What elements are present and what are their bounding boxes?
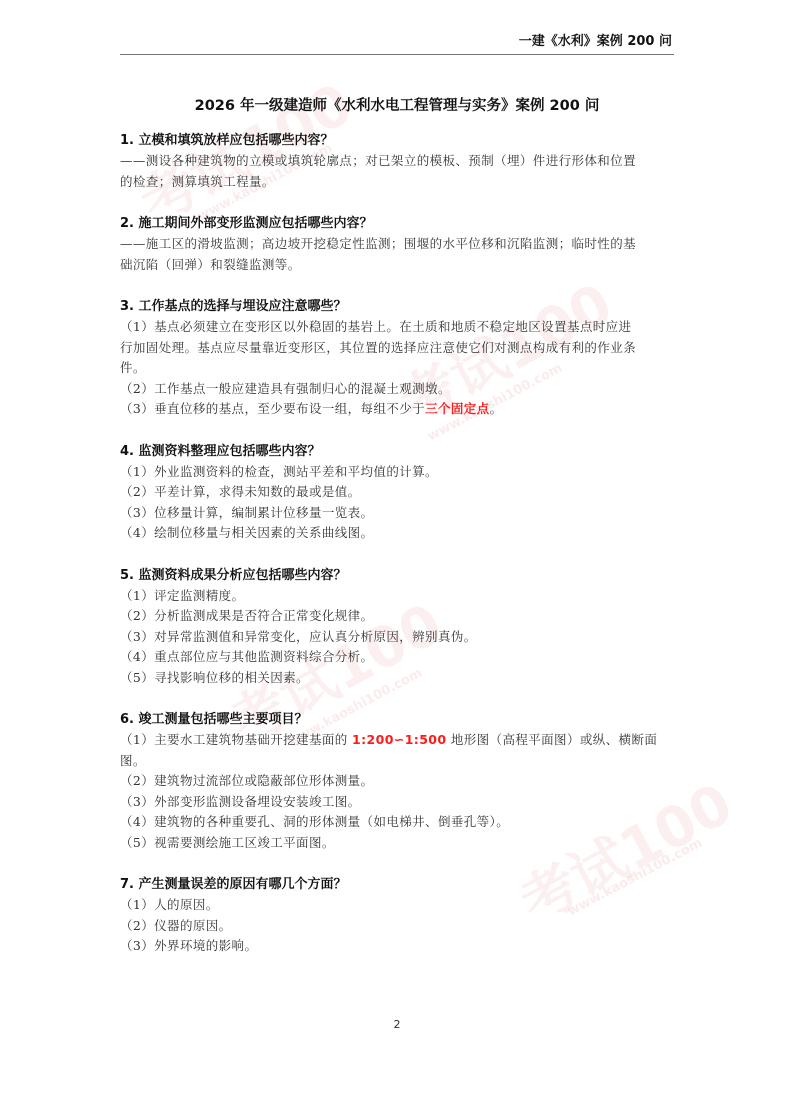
answer-line: 行加固处理。基点应尽量靠近变形区，其位置的选择应注意使它们对测点构成有利的作业条 <box>120 338 676 359</box>
question-title: 1. 立模和填筑放样应包括哪些内容？ <box>120 131 676 151</box>
answer-line: 的检查；测算填筑工程量。 <box>120 172 676 193</box>
answer-line: （1）基点必须建立在变形区以外稳固的基岩上。在土质和地质不稳定地区设置基点时应进 <box>120 317 676 338</box>
question-6: 6. 竣工测量包括哪些主要项目？ （1）主要水工建筑物基础开挖建基面的 1:20… <box>120 710 676 853</box>
answer-line: （2）仪器的原因。 <box>120 916 676 937</box>
question-4: 4. 监测资料整理应包括哪些内容？ （1）外业监测资料的检查，测站平差和平均值的… <box>120 442 676 544</box>
question-title: 4. 监测资料整理应包括哪些内容？ <box>120 442 676 462</box>
answer-line: （5）视需要测绘施工区竣工平面图。 <box>120 833 676 854</box>
answer-line: （3）对异常监测值和异常变化，应认真分析原因，辨别真伪。 <box>120 627 676 648</box>
question-1: 1. 立模和填筑放样应包括哪些内容？ ——测设各种建筑物的立模或填筑轮廓点；对已… <box>120 131 676 192</box>
answer-line: （2）分析监测成果是否符合正常变化规律。 <box>120 606 676 627</box>
answer-line: （1）人的原因。 <box>120 895 676 916</box>
answer-line: （4）建筑物的各种重要孔、洞的形体测量（如电梯井、倒垂孔等）。 <box>120 812 676 833</box>
question-2: 2. 施工期间外部变形监测应包括哪些内容？ ——施工区的滑坡监测；高边坡开挖稳定… <box>120 214 676 275</box>
answer-text: （1）主要水工建筑物基础开挖建基面的 <box>120 732 352 747</box>
answer-line: 础沉陷（回弹）和裂缝监测等。 <box>120 255 676 276</box>
highlight-text: 1:200∽1:500 <box>352 732 446 747</box>
answer-line: 件。 <box>120 358 676 379</box>
highlight-text: 三个固定点 <box>425 401 490 416</box>
page-header: 一建《水利》案例 200 问 <box>120 30 674 55</box>
answer-line: （5）寻找影响位移的相关因素。 <box>120 668 676 689</box>
answer-line-highlighted: （1）主要水工建筑物基础开挖建基面的 1:200∽1:500 地形图（高程平面图… <box>120 730 676 751</box>
page-number: 2 <box>0 1018 794 1031</box>
question-3: 3. 工作基点的选择与埋设应注意哪些？ （1）基点必须建立在变形区以外稳固的基岩… <box>120 297 676 420</box>
answer-line: （4）绘制位移量与相关因素的关系曲线图。 <box>120 523 676 544</box>
document-content: 1. 立模和填筑放样应包括哪些内容？ ——测设各种建筑物的立模或填筑轮廓点；对已… <box>120 131 676 979</box>
answer-line: ——测设各种建筑物的立模或填筑轮廓点；对已架立的模板、预制（埋）件进行形体和位置 <box>120 151 676 172</box>
question-title: 2. 施工期间外部变形监测应包括哪些内容？ <box>120 214 676 234</box>
answer-line: （2）平差计算，求得未知数的最或是值。 <box>120 482 676 503</box>
answer-text: （3）垂直位移的基点，至少要布设一组，每组不少于 <box>120 401 425 416</box>
header-title: 一建《水利》案例 200 问 <box>519 34 674 49</box>
question-5: 5. 监测资料成果分析应包括哪些内容？ （1）评定监测精度。 （2）分析监测成果… <box>120 566 676 689</box>
answer-text: 地形图（高程平面图）或纵、横断面 <box>446 732 657 747</box>
answer-line: （2）工作基点一般应建造具有强制归心的混凝土观测墩。 <box>120 379 676 400</box>
answer-line: ——施工区的滑坡监测；高边坡开挖稳定性监测；围堰的水平位移和沉陷监测；临时性的基 <box>120 234 676 255</box>
document-title: 2026 年一级建造师《水利水电工程管理与实务》案例 200 问 <box>0 94 794 115</box>
answer-line: （1）外业监测资料的检查，测站平差和平均值的计算。 <box>120 462 676 483</box>
question-7: 7. 产生测量误差的原因有哪几个方面？ （1）人的原因。 （2）仪器的原因。 （… <box>120 875 676 957</box>
answer-line: （3）位移量计算，编制累计位移量一览表。 <box>120 503 676 524</box>
document-page: 考试100 www.kaoshi100.com 考试100 www.kaoshi… <box>0 0 794 1098</box>
answer-line: （3）外部变形监测设备埋设安装竣工图。 <box>120 792 676 813</box>
answer-line: 图。 <box>120 751 676 772</box>
answer-line: （1）评定监测精度。 <box>120 586 676 607</box>
answer-line: （3）外界环境的影响。 <box>120 936 676 957</box>
question-title: 5. 监测资料成果分析应包括哪些内容？ <box>120 566 676 586</box>
question-title: 6. 竣工测量包括哪些主要项目？ <box>120 710 676 730</box>
question-title: 7. 产生测量误差的原因有哪几个方面？ <box>120 875 676 895</box>
answer-line: （4）重点部位应与其他监测资料综合分析。 <box>120 647 676 668</box>
answer-text: 。 <box>490 401 503 416</box>
answer-line-highlighted: （3）垂直位移的基点，至少要布设一组，每组不少于三个固定点。 <box>120 399 676 420</box>
question-title: 3. 工作基点的选择与埋设应注意哪些？ <box>120 297 676 317</box>
answer-line: （2）建筑物过流部位或隐蔽部位形体测量。 <box>120 771 676 792</box>
